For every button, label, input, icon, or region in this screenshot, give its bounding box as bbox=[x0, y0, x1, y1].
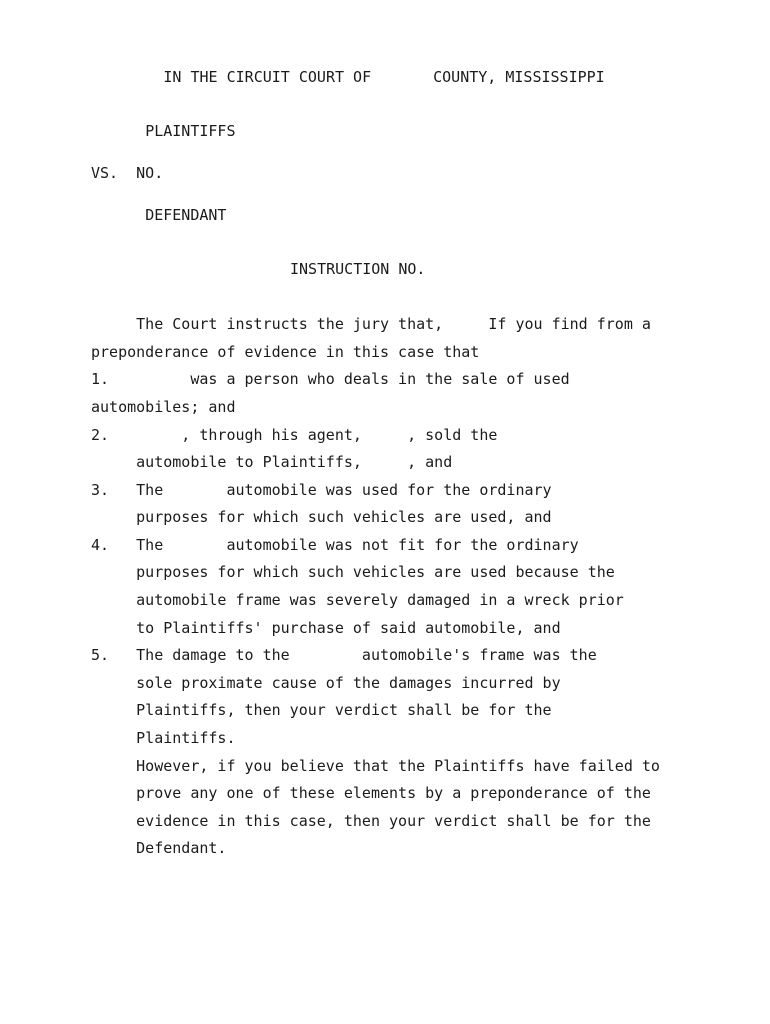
body-line-4: automobiles; and bbox=[91, 394, 770, 422]
body-line-11: automobile frame was severely damaged in… bbox=[91, 587, 770, 615]
body-line-2: preponderance of evidence in this case t… bbox=[91, 339, 770, 367]
body-line-9: 4. The automobile was not fit for the or… bbox=[91, 532, 770, 560]
court-caption-prefix: IN THE CIRCUIT COURT OF bbox=[163, 68, 371, 86]
body-line-6: automobile to Plaintiffs, , and bbox=[91, 449, 770, 477]
body-line-20: Defendant. bbox=[91, 835, 770, 863]
court-caption-suffix: COUNTY, MISSISSIPPI bbox=[433, 68, 605, 86]
body-line-3: 1. was a person who deals in the sale of… bbox=[91, 366, 770, 394]
body-line-7: 3. The automobile was used for the ordin… bbox=[91, 477, 770, 505]
body-line-14: sole proximate cause of the damages incu… bbox=[91, 670, 770, 698]
body-line-12: to Plaintiffs' purchase of said automobi… bbox=[91, 615, 770, 643]
body-line-1: The Court instructs the jury that, If yo… bbox=[91, 311, 770, 339]
defendant-label: DEFENDANT bbox=[91, 202, 770, 230]
body-line-10: purposes for which such vehicles are use… bbox=[91, 559, 770, 587]
document-page: IN THE CIRCUIT COURT OFCOUNTY, MISSISSIP… bbox=[0, 0, 770, 1024]
plaintiffs-label: PLAINTIFFS bbox=[91, 118, 770, 146]
body-line-13: 5. The damage to the automobile's frame … bbox=[91, 642, 770, 670]
court-caption-line: IN THE CIRCUIT COURT OFCOUNTY, MISSISSIP… bbox=[91, 64, 770, 92]
body-line-16: Plaintiffs. bbox=[91, 725, 770, 753]
body-line-19: evidence in this case, then your verdict… bbox=[91, 808, 770, 836]
county-blank-field bbox=[371, 81, 433, 82]
vs-no-line: VS. NO. bbox=[91, 160, 770, 188]
body-line-18: prove any one of these elements by a pre… bbox=[91, 780, 770, 808]
body-line-5: 2. , through his agent, , sold the bbox=[91, 422, 770, 450]
body-line-8: purposes for which such vehicles are use… bbox=[91, 504, 770, 532]
body-line-17: However, if you believe that the Plainti… bbox=[91, 753, 770, 781]
instruction-title: INSTRUCTION NO. bbox=[91, 256, 770, 284]
body-line-15: Plaintiffs, then your verdict shall be f… bbox=[91, 697, 770, 725]
instruction-body: The Court instructs the jury that, If yo… bbox=[91, 311, 770, 863]
